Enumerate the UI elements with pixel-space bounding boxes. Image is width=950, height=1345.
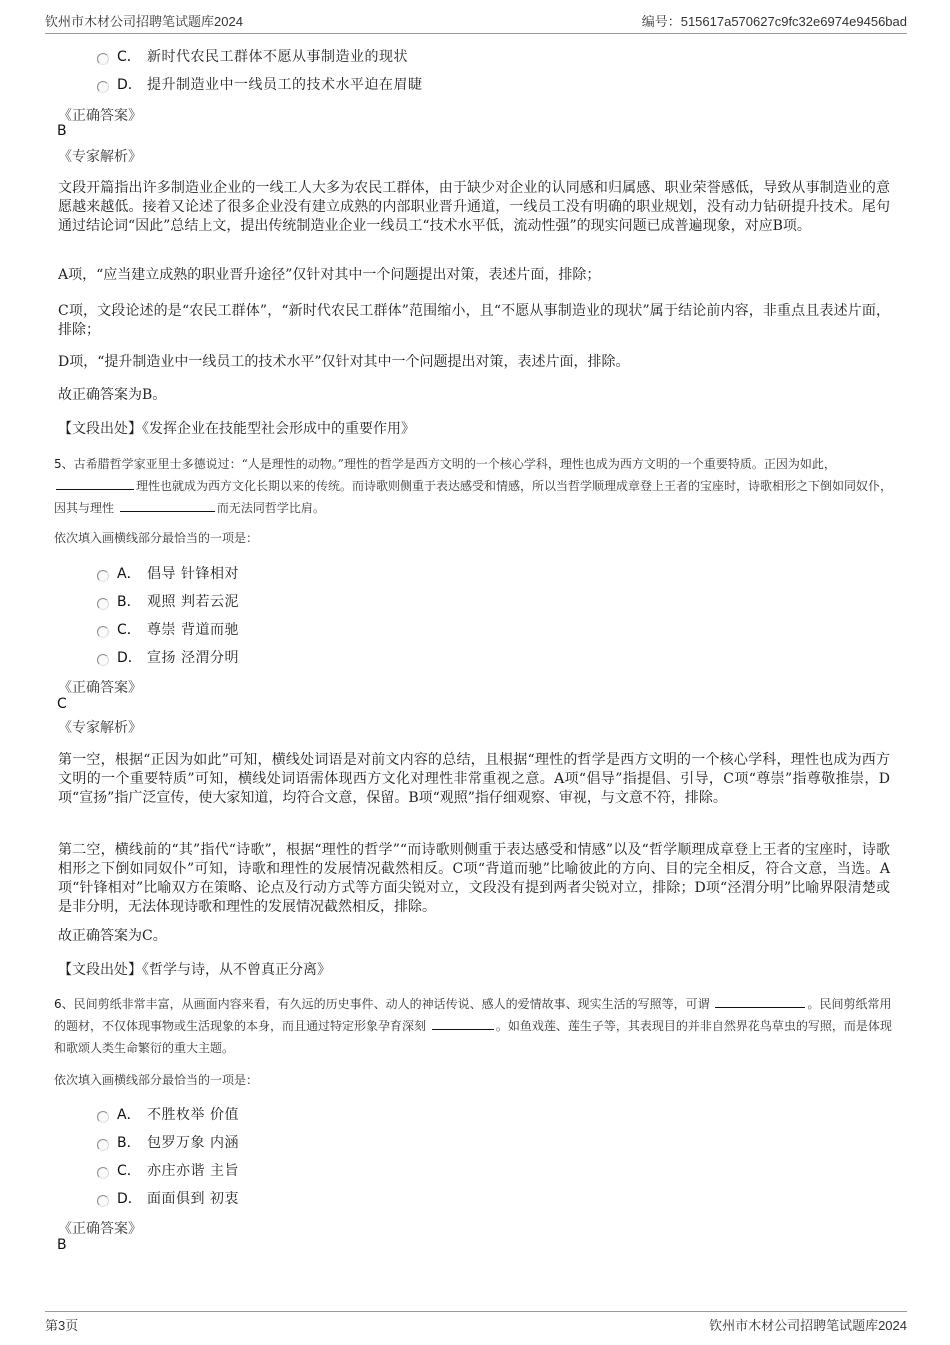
q5-stem-part3: 而无法同哲学比肩。: [217, 501, 325, 515]
option-letter: C．: [117, 619, 147, 639]
q4-analysis-para-4: D项，“提升制造业中一线员工的技术水平”仅针对其中一个问题提出对策，表述片面，排…: [58, 353, 890, 372]
q4-analysis-para-2: A项，“应当建立成熟的职业晋升途径”仅针对其中一个问题提出对策，表述片面，排除；: [58, 266, 890, 285]
q4-option-d[interactable]: D． 提升制造业中一线员工的技术水平迫在眉睫: [97, 73, 423, 95]
q6-stem: 6、民间剪纸非常丰富，从画面内容来看，有久远的历史事件、动人的神话传说、感人的爱…: [54, 993, 894, 1059]
option-text: 亦庄亦谐 主旨: [147, 1160, 239, 1180]
q6-option-b[interactable]: B． 包罗万象 内涵: [97, 1131, 239, 1153]
radio-icon[interactable]: [97, 1139, 109, 1151]
serial-value: 515617a570627c9fc32e6974e9456bad: [681, 14, 907, 29]
q5-stem: 5、古希腊哲学家亚里士多德说过：“人是理性的动物。”理性的哲学是西方文明的一个核…: [54, 453, 894, 519]
q5-answer-label: 《正确答案》: [58, 677, 142, 697]
option-letter: A．: [117, 1104, 147, 1124]
page-footer: 第3页 钦州市木材公司招聘笔试题库2024: [45, 1311, 907, 1333]
radio-icon[interactable]: [97, 626, 109, 638]
header-title: 钦州市木材公司招聘笔试题库2024: [45, 11, 243, 30]
q5-analysis-conclusion: 故正确答案为C。: [58, 927, 890, 946]
radio-icon[interactable]: [97, 654, 109, 666]
blank-2: [432, 1017, 494, 1030]
q6-answer: B: [57, 1237, 67, 1253]
q5-stem-part1: 古希腊哲学家亚里士多德说过：“人是理性的动物。”理性的哲学是西方文明的一个核心学…: [74, 457, 836, 471]
q4-analysis-label: 《专家解析》: [58, 146, 142, 166]
option-letter: D．: [117, 74, 147, 94]
q4-answer-label: 《正确答案》: [58, 105, 142, 125]
question-number: 6、: [54, 997, 74, 1011]
q5-option-a[interactable]: A． 倡导 针锋相对: [97, 562, 239, 584]
q5-analysis-label: 《专家解析》: [58, 717, 142, 737]
blank-2: [120, 499, 215, 512]
option-text: 包罗万象 内涵: [147, 1132, 239, 1152]
q6-option-d[interactable]: D． 面面俱到 初衷: [97, 1187, 239, 1209]
option-letter: B．: [117, 1132, 147, 1152]
option-text: 新时代农民工群体不愿从事制造业的现状: [147, 46, 408, 66]
radio-icon[interactable]: [97, 53, 109, 65]
radio-icon[interactable]: [97, 570, 109, 582]
option-letter: C．: [117, 1160, 147, 1180]
page-header: 钦州市木材公司招聘笔试题库2024 编号：515617a570627c9fc32…: [45, 14, 907, 34]
q4-analysis-para-1: 文段开篇指出许多制造业企业的一线工人大多为农民工群体，由于缺少对企业的认同感和归…: [58, 179, 890, 236]
q4-analysis-para-3: C项，文段论述的是“农民工群体”，“新时代农民工群体”范围缩小，且“不愿从事制造…: [58, 302, 890, 340]
option-letter: B．: [117, 591, 147, 611]
q5-instruction: 依次填入画横线部分最恰当的一项是：: [54, 529, 258, 546]
q6-instruction: 依次填入画横线部分最恰当的一项是：: [54, 1071, 258, 1088]
option-text: 观照 判若云泥: [147, 591, 239, 611]
q5-option-c[interactable]: C． 尊崇 背道而驰: [97, 618, 239, 640]
q5-analysis-para-2: 第二空，横线前的“其”指代“诗歌”，根据“理性的哲学”“而诗歌则侧重于表达感受和…: [58, 841, 890, 917]
q6-stem-part1: 民间剪纸非常丰富，从画面内容来看，有久远的历史事件、动人的神话传说、感人的爱情故…: [74, 997, 710, 1011]
header-serial: 编号：515617a570627c9fc32e6974e9456bad: [642, 11, 907, 30]
q6-option-c[interactable]: C． 亦庄亦谐 主旨: [97, 1159, 239, 1181]
serial-label: 编号：: [642, 14, 681, 29]
option-letter: D．: [117, 647, 147, 667]
radio-icon[interactable]: [97, 598, 109, 610]
option-letter: D．: [117, 1188, 147, 1208]
q6-option-a[interactable]: A． 不胜枚举 价值: [97, 1103, 239, 1125]
radio-icon[interactable]: [97, 1167, 109, 1179]
option-letter: A．: [117, 563, 147, 583]
q4-answer: B: [57, 123, 67, 139]
question-number: 5、: [54, 457, 74, 471]
q5-analysis-para-1: 第一空，根据“正因为如此”可知，横线处词语是对前文内容的总结，且根据“理性的哲学…: [58, 751, 890, 808]
q5-option-d[interactable]: D． 宣扬 泾渭分明: [97, 646, 239, 668]
q5-answer: C: [57, 696, 67, 712]
option-text: 面面俱到 初衷: [147, 1188, 239, 1208]
option-text: 尊崇 背道而驰: [147, 619, 239, 639]
q5-option-b[interactable]: B． 观照 判若云泥: [97, 590, 239, 612]
option-letter: C．: [117, 46, 147, 66]
option-text: 不胜枚举 价值: [147, 1104, 239, 1124]
radio-icon[interactable]: [97, 1195, 109, 1207]
q6-answer-label: 《正确答案》: [58, 1218, 142, 1238]
option-text: 倡导 针锋相对: [147, 563, 239, 583]
q4-source: 【文段出处】《发挥企业在技能型社会形成中的重要作用》: [58, 420, 890, 439]
radio-icon[interactable]: [97, 81, 109, 93]
q5-source: 【文段出处】《哲学与诗，从不曾真正分离》: [58, 961, 890, 980]
page-number: 第3页: [45, 1315, 78, 1334]
option-text: 宣扬 泾渭分明: [147, 647, 239, 667]
blank-1: [56, 477, 134, 490]
q4-analysis-conclusion: 故正确答案为B。: [58, 386, 890, 405]
footer-title: 钦州市木材公司招聘笔试题库2024: [709, 1315, 907, 1334]
radio-icon[interactable]: [97, 1111, 109, 1123]
blank-1: [715, 995, 805, 1008]
q4-option-c[interactable]: C． 新时代农民工群体不愿从事制造业的现状: [97, 45, 408, 67]
option-text: 提升制造业中一线员工的技术水平迫在眉睫: [147, 74, 423, 94]
